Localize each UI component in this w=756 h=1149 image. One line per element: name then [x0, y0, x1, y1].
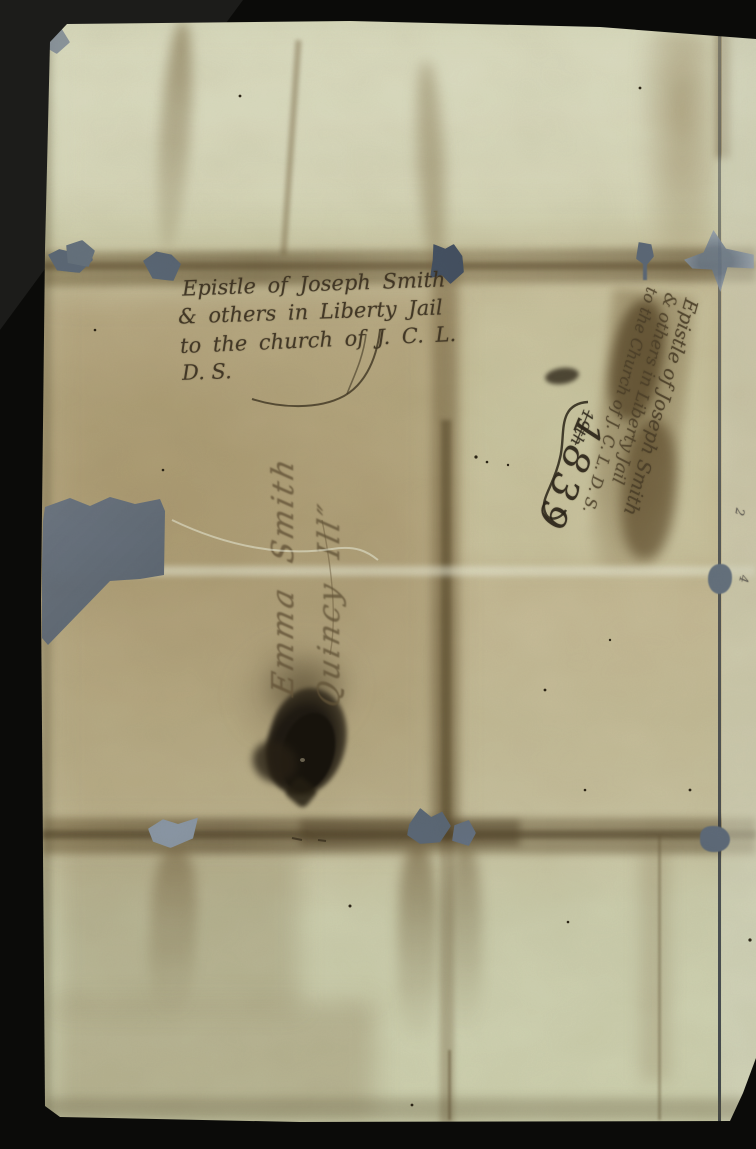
edge-glint — [598, 22, 648, 29]
photo-background: Epistle of Joseph Smith & others in Libe… — [0, 0, 756, 1149]
pen-flourishes — [0, 0, 756, 1149]
letter-paper: Epistle of Joseph Smith & others in Libe… — [0, 0, 756, 1149]
